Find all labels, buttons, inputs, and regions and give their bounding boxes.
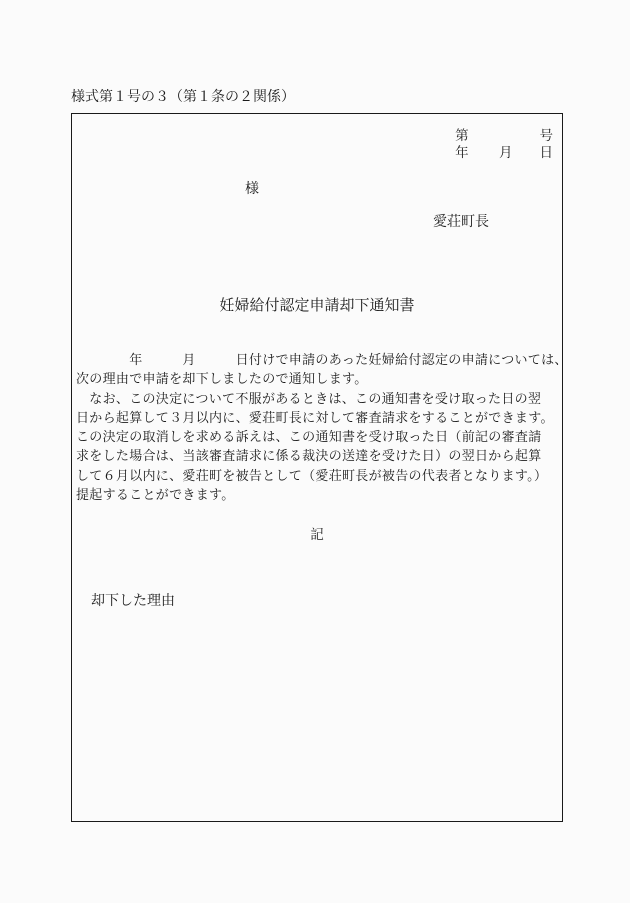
document-page: 様式第１号の３（第１条の２関係） 第 号 年 月 日 様 愛荘町長 妊婦給付認定… <box>0 0 630 903</box>
body-paragraph: 年 月 日付けで申請のあった妊婦給付認定の申請については、 次の理由で申請を却下… <box>76 350 559 504</box>
form-number-label: 様式第１号の３（第１条の２関係） <box>71 91 295 105</box>
addressee-honorific: 様 <box>245 183 259 197</box>
body-line: 次の理由で申請を却下しましたので通知します。 <box>76 369 559 388</box>
record-marker: 記 <box>72 528 562 542</box>
body-line: 求をした場合は、当該審査請求に係る裁決の送達を受けた日）の翌日から起算 <box>76 446 559 465</box>
body-line: 年 月 日付けで申請のあった妊婦給付認定の申請については、 <box>76 350 559 369</box>
body-line: 日から起算して３月以内に、愛荘町長に対して審査請求をすることができます。 <box>76 408 559 427</box>
body-line: この決定の取消しを求める訴えは、この通知書を受け取った日（前記の審査請 <box>76 427 559 446</box>
document-frame: 第 号 年 月 日 様 愛荘町長 妊婦給付認定申請却下通知書 年 月 日付けで申… <box>71 113 563 822</box>
sender-title: 愛荘町長 <box>433 216 489 230</box>
rejection-reason-label: 却下した理由 <box>91 595 175 609</box>
body-line: 提起することができます。 <box>76 485 559 504</box>
document-title: 妊婦給付認定申請却下通知書 <box>72 299 562 314</box>
body-line: なお、この決定について不服があるときは、この通知書を受け取った日の翌 <box>76 389 559 408</box>
document-date-line: 年 月 日 <box>455 146 553 160</box>
body-line: して６月以内に、愛荘町を被告として（愛荘町長が被告の代表者となります。） <box>76 466 559 485</box>
document-number-line: 第 号 <box>455 129 553 143</box>
